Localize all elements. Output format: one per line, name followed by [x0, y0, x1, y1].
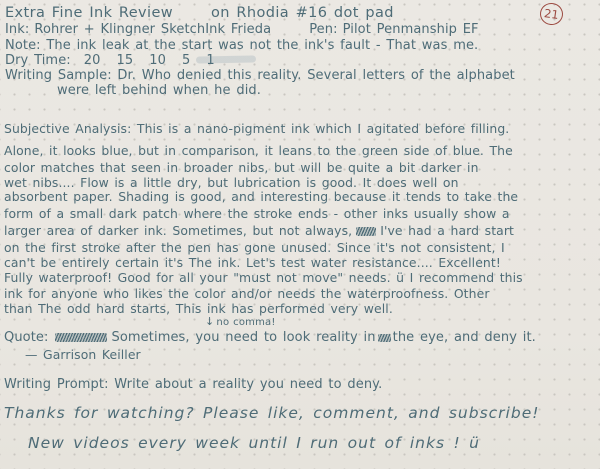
- quote-label: Quote:: [4, 330, 49, 345]
- dry-time-value: 10: [149, 53, 166, 68]
- analysis-line-7-text-a: larger area of darker ink. Sometimes, bu…: [4, 223, 352, 238]
- note-line: Note: The ink leak at the start was not …: [5, 38, 478, 53]
- down-arrow-icon: ↓: [205, 315, 214, 328]
- scribbled-out-word: [378, 334, 391, 342]
- outro-line-1: Thanks for watching? Please like, commen…: [4, 404, 539, 422]
- quote-text-b: the eye, and deny it.: [393, 330, 536, 345]
- dry-time-value: 20: [84, 53, 101, 68]
- ink-label: Ink:: [5, 22, 29, 37]
- pen-label: Pen:: [309, 22, 337, 37]
- writing-prompt-line: Writing Prompt: Write about a reality yo…: [4, 377, 382, 392]
- notebook-page: 21 Extra Fine Ink Reviewon Rhodia #16 do…: [0, 0, 600, 469]
- outro-line-2: New videos every week until I run out of…: [28, 434, 480, 452]
- quote-annotation-text: no comma!: [216, 317, 275, 328]
- analysis-line-4: wet nibs.... Flow is a little dry, but l…: [4, 175, 459, 190]
- analysis-line-2: Alone, it looks blue, but in comparison,…: [4, 143, 513, 158]
- quote-text-a: Sometimes, you need to look reality in: [112, 330, 376, 345]
- review-title-line: Extra Fine Ink Reviewon Rhodia #16 dot p…: [5, 5, 394, 21]
- analysis-line-3: color matches that seen in broader nibs,…: [4, 160, 479, 175]
- analysis-line-12: than The odd hard starts, This ink has p…: [4, 301, 393, 316]
- analysis-line-8: on the first stroke after the pen has go…: [4, 240, 505, 255]
- dry-time-value: 5: [182, 53, 190, 68]
- scribbled-out-word: [356, 227, 376, 236]
- analysis-line-9: can't be entirely certain it's The ink. …: [4, 255, 501, 270]
- analysis-line-5: absorbent paper. Shading is good, and in…: [4, 189, 518, 204]
- writing-sample-line-2: were left behind when he did.: [57, 83, 261, 98]
- dry-time-label: Dry Time:: [5, 53, 71, 68]
- dry-time-line: Dry Time:20151051: [5, 53, 215, 68]
- review-title-location: on Rhodia #16 dot pad: [211, 5, 394, 21]
- page-number-badge: 21: [539, 2, 565, 27]
- analysis-line-1: Subjective Analysis: This is a nano-pigm…: [4, 121, 509, 136]
- dry-time-value: 15: [117, 53, 134, 68]
- ink-value: Rohrer + Klingner SketchInk Frieda: [34, 22, 271, 37]
- analysis-line-7-text-b: I've had a hard start: [380, 223, 514, 238]
- pen-value: Pilot Penmanship EF: [343, 22, 479, 37]
- review-title: Extra Fine Ink Review: [5, 5, 173, 21]
- quote-annotation: ↓no comma!: [205, 315, 276, 328]
- quote-attribution: — Garrison Keiller: [25, 347, 141, 362]
- analysis-line-7: larger area of darker ink. Sometimes, bu…: [4, 223, 514, 238]
- analysis-line-11: ink for anyone who likes the color and/o…: [4, 286, 490, 301]
- quote-line: Quote:Sometimes, you need to look realit…: [4, 330, 536, 345]
- analysis-line-10: Fully waterproof! Good for all your "mus…: [4, 270, 523, 285]
- writing-sample-line-1: Writing Sample: Dr. Who denied this real…: [5, 68, 515, 83]
- analysis-line-6: form of a small dark patch where the str…: [4, 206, 510, 221]
- ink-pen-line: Ink:Rohrer + Klingner SketchInk FriedaPe…: [5, 22, 479, 37]
- ink-smear: [196, 55, 256, 63]
- scribbled-out-word: [55, 333, 107, 342]
